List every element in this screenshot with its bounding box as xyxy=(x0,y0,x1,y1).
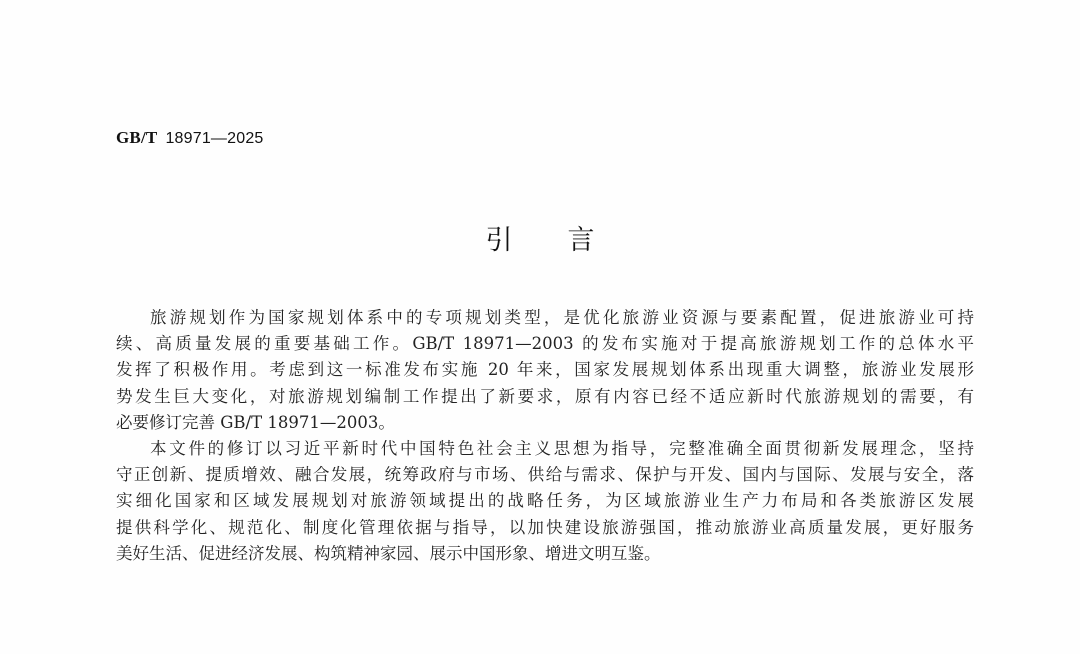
paragraph-line: 实细化国家和区域发展规划对旅游领域提出的战略任务，为区域旅游业生产力布局和各类旅… xyxy=(116,488,974,514)
paragraph-line: 发挥了积极作用。考虑到这一标准发布实施 20 年来，国家发展规划体系出现重大调整… xyxy=(116,357,974,383)
section-title: 引言 xyxy=(0,218,1080,257)
standard-header: GB/T18971—2025 xyxy=(116,128,264,148)
paragraph-line: 旅游规划作为国家规划体系中的专项规划类型，是优化旅游业资源与要素配置，促进旅游业… xyxy=(116,305,974,331)
standard-code: GB/T xyxy=(116,128,157,147)
paragraph-line: 必要修订完善 GB/T 18971—2003。 xyxy=(116,410,974,436)
paragraph-line: 守正创新、提质增效、融合发展，统筹政府与市场、供给与需求、保护与开发、国内与国际… xyxy=(116,462,974,488)
paragraph-line: 提供科学化、规范化、制度化管理依据与指导，以加快建设旅游强国，推动旅游业高质量发… xyxy=(116,515,974,541)
paragraph-line: 续、高质量发展的重要基础工作。GB/T 18971—2003 的发布实施对于提高… xyxy=(116,331,974,357)
document-page: GB/T18971—2025 引言 旅游规划作为国家规划体系中的专项规划类型，是… xyxy=(0,0,1080,654)
paragraph-line: 美好生活、促进经济发展、构筑精神家园、展示中国形象、增进文明互鉴。 xyxy=(116,541,974,567)
standard-number: 18971—2025 xyxy=(165,130,263,147)
paragraph-2: 本文件的修订以习近平新时代中国特色社会主义思想为指导，完整准确全面贯彻新发展理念… xyxy=(116,436,976,567)
introduction-body: 旅游规划作为国家规划体系中的专项规划类型，是优化旅游业资源与要素配置，促进旅游业… xyxy=(116,305,976,567)
paragraph-line: 本文件的修订以习近平新时代中国特色社会主义思想为指导，完整准确全面贯彻新发展理念… xyxy=(116,436,974,462)
paragraph-1: 旅游规划作为国家规划体系中的专项规划类型，是优化旅游业资源与要素配置，促进旅游业… xyxy=(116,305,976,436)
paragraph-line: 势发生巨大变化，对旅游规划编制工作提出了新要求，原有内容已经不适应新时代旅游规划… xyxy=(116,384,974,410)
